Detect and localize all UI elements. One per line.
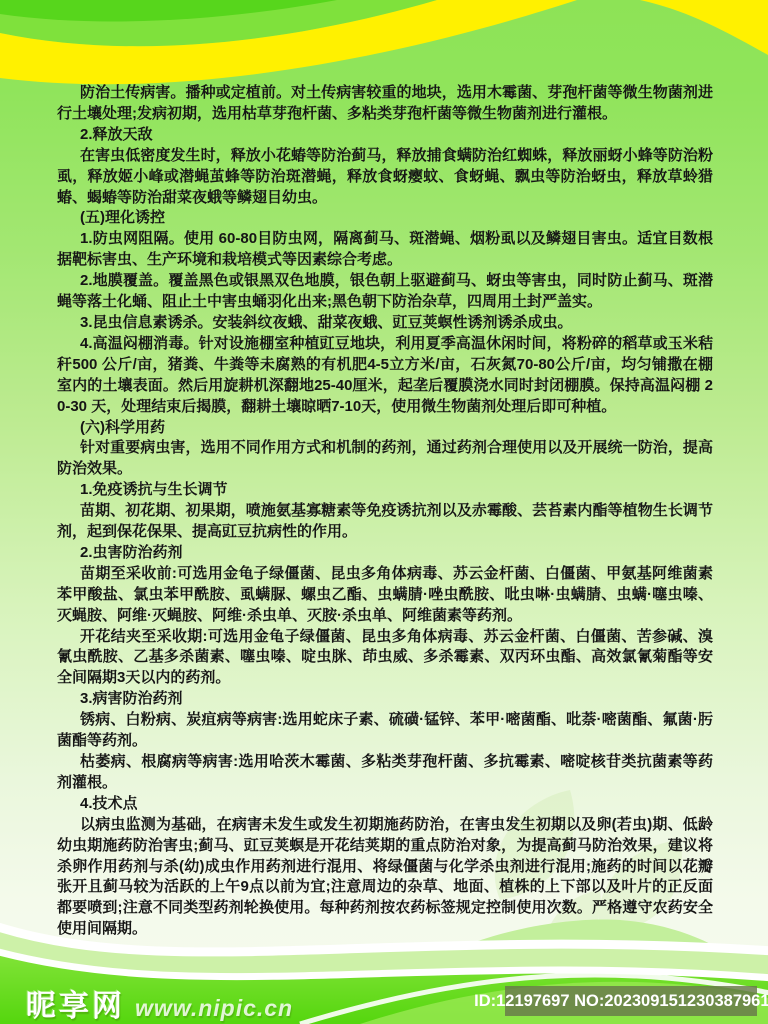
sub-heading: 3.病害防治药剂 xyxy=(57,689,713,710)
poster-page: 防治土传病害。播种或定植前。对土传病害较重的地块，选用木霉菌、芽孢杆菌等微生物菌… xyxy=(0,0,768,1024)
top-right-yellow-corner xyxy=(640,0,768,55)
top-yellow-band xyxy=(0,0,577,84)
paragraph: 苗期、初花期、初果期，喷施氨基寡糖素等免疫诱抗剂以及赤霉酸、芸苔素内酯等植物生长… xyxy=(57,501,713,543)
nipic-site-name: 昵享网 xyxy=(26,981,125,1024)
sub-heading: 2.虫害防治药剂 xyxy=(57,543,713,564)
nipic-site-url: www.nipic.cn xyxy=(135,995,293,1022)
bottom-white-curve xyxy=(0,951,768,978)
paragraph: 2.释放天敌 xyxy=(57,125,713,146)
top-light-green-band xyxy=(0,0,437,46)
sub-heading: 1.免疫诱抗与生长调节 xyxy=(57,480,713,501)
paragraph: 开花结夹至采收期:可选用金龟子绿僵菌、昆虫多角体病毒、苏云金杆菌、白僵菌、苦参碱… xyxy=(57,627,713,690)
paragraph: 枯萎病、根腐病等病害:选用哈茨木霉菌、多粘类芽孢杆菌、多抗霉素、嘧啶核苷类抗菌素… xyxy=(57,752,713,794)
sub-heading: 4.技术点 xyxy=(57,794,713,815)
top-dark-green-band xyxy=(0,0,337,21)
paragraph: 防治土传病害。播种或定植前。对土传病害较重的地块，选用木霉菌、芽孢杆菌等微生物菌… xyxy=(57,83,713,125)
paragraph: 4.高温闷棚消毒。针对设施棚室种植豇豆地块，利用夏季高温休闲时间，将粉碎的稻草或… xyxy=(57,334,713,418)
paragraph: 在害虫低密度发生时，释放小花蝽等防治蓟马，释放捕食螨防治红蜘蛛，释放丽蚜小蜂等防… xyxy=(57,146,713,209)
image-id-badge: ID:12197697 NO:20230915123038796128 xyxy=(505,986,757,1016)
paragraph: 苗期至采收前:可选用金龟子绿僵菌、昆虫多角体病毒、苏云金杆菌、白僵菌、甲氨基阿维… xyxy=(57,564,713,627)
section-heading: (五)理化诱控 xyxy=(57,208,713,229)
paragraph: 针对重要病虫害，选用不同作用方式和机制的药剂，通过药剂合理使用以及开展统一防治，… xyxy=(57,438,713,480)
section-heading: (六)科学用药 xyxy=(57,418,713,439)
nipic-logo: 昵享网 www.nipic.cn xyxy=(26,981,293,1024)
paragraph: 锈病、白粉病、炭疽病等病害:选用蛇床子素、硫磺·锰锌、苯甲·嘧菌酯、吡萘·嘧菌酯… xyxy=(57,710,713,752)
paragraph: 1.防虫网阻隔。使用 60-80目防虫网，隔离蓟马、斑潜蝇、烟粉虱以及鳞翅目害虫… xyxy=(57,229,713,271)
paragraph: 2.地膜覆盖。覆盖黑色或银黑双色地膜，银色朝上驱避蓟马、蚜虫等害虫，同时防止蓟马… xyxy=(57,271,713,313)
paragraph: 以病虫监测为基础，在病害未发生或发生初期施药防治，在害虫发生初期以及卵(若虫)期… xyxy=(57,815,713,940)
document-text: 防治土传病害。播种或定植前。对土传病害较重的地块，选用木霉菌、芽孢杆菌等微生物菌… xyxy=(57,83,713,940)
paragraph: 3.昆虫信息素诱杀。安装斜纹夜蛾、甜菜夜蛾、豇豆荚螟性诱剂诱杀成虫。 xyxy=(57,313,713,334)
